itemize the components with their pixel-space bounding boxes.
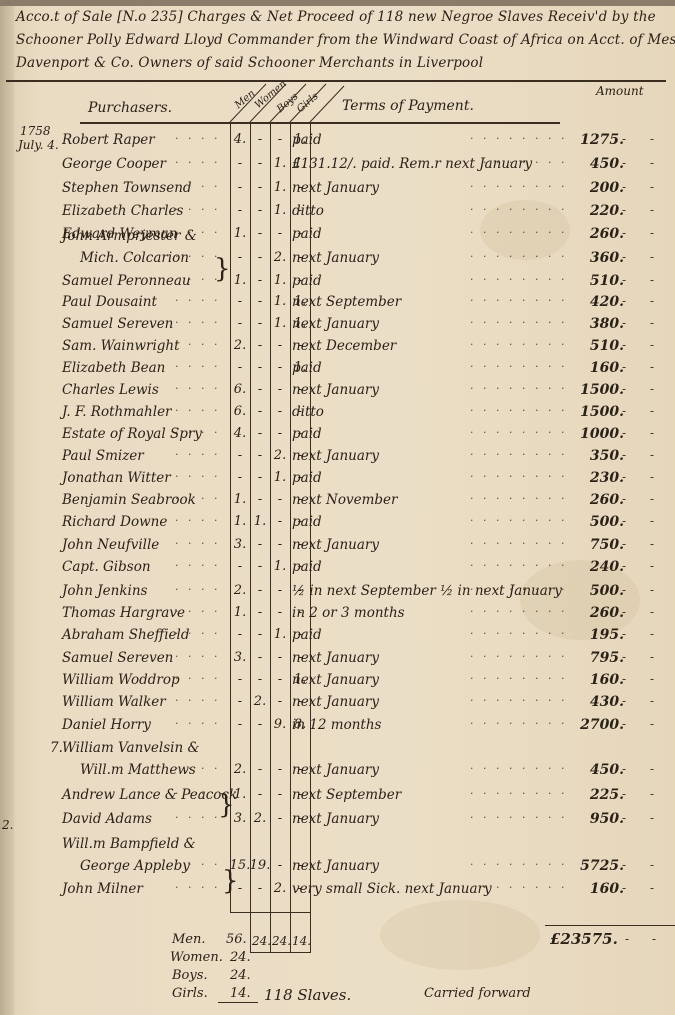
summary-boys-value: 24. [230, 968, 251, 983]
payment-terms: paid [292, 426, 322, 442]
purchaser-name: Abraham Sheffield [62, 627, 190, 643]
leader-dots: · · · · · · · · · · [470, 404, 570, 417]
purchaser-name: Elizabeth Bean [62, 360, 165, 376]
payment-terms: next January [292, 811, 379, 827]
leader-dots: · · · · · · · · · · [470, 514, 570, 527]
leader-dots: · · · · · · · · · · [470, 273, 570, 286]
payment-terms: ditto [292, 404, 324, 420]
table-row: Stephen Townsend· · · · · ·--1.-next Jan… [0, 180, 675, 202]
leader-dots: · · · · · · · · · · [470, 881, 570, 894]
amount-shillings: - [622, 338, 626, 352]
leader-dots: · · · · · · [175, 294, 225, 307]
amount-pounds: 450. [570, 156, 624, 172]
payment-terms: paid [292, 132, 322, 148]
amount-shillings: - [622, 156, 626, 170]
payment-terms: next January [292, 180, 379, 196]
amount-pence: - [650, 559, 654, 573]
leader-dots: · · · · · · · · · · [470, 650, 570, 663]
table-row: 7.William Vanvelsin &Will.m Matthews· · … [0, 762, 675, 784]
leader-dots: · · · · · · · · · · [470, 132, 570, 145]
total-slaves: 118 Slaves. [264, 986, 351, 1004]
payment-terms: paid [292, 226, 322, 242]
purchaser-name: Daniel Horry [62, 717, 151, 733]
leader-dots: · · · · · · · · · · [470, 180, 570, 193]
purchaser-name: William Walker [62, 694, 166, 710]
amount-pounds: 360. [570, 250, 624, 266]
amount-pounds: 510. [570, 338, 624, 354]
amount-pence: - [650, 694, 654, 708]
header-line-3: Davenport & Co. Owners of said Schooner … [16, 52, 666, 75]
amount-shillings: - [622, 858, 626, 872]
leader-dots: · · · · · · [175, 492, 225, 505]
amount-pence: - [650, 605, 654, 619]
purchaser-name: Stephen Townsend [62, 180, 192, 196]
margin-note: 2. [2, 818, 13, 832]
leader-dots: · · · · · · · · · · [470, 537, 570, 550]
table-row: Sam. Wainwright· · · · · ·2.---next Dece… [0, 338, 675, 360]
amount-shillings: - [622, 426, 626, 440]
amount-pounds: 420. [570, 294, 624, 310]
leader-dots: · · · · · · [175, 881, 225, 894]
payment-terms: ditto [292, 203, 324, 219]
table-row: David Adams· · · · · ·3.2.--next January… [0, 811, 675, 833]
amount-pence: - [650, 627, 654, 641]
leader-dots: · · · · · · · · · · [470, 627, 570, 640]
leader-dots: · · · · · · [175, 404, 225, 417]
amount-pence: - [650, 448, 654, 462]
leader-dots: · · · · · · · · · · [470, 294, 570, 307]
purchaser-name: Samuel Sereven [62, 650, 173, 666]
purchaser-name: David Adams [62, 811, 152, 827]
table-row: Jonathan Witter· · · · · ·--1.-paid· · ·… [0, 470, 675, 492]
payment-terms: next January [292, 316, 379, 332]
column-heading-rule [80, 122, 560, 124]
leader-dots: · · · · · · · · · · [470, 694, 570, 707]
amount-shillings: - [622, 583, 626, 597]
leader-dots: · · · · · · · · · · [470, 448, 570, 461]
payment-terms: paid [292, 273, 322, 289]
table-row: William Walker· · · · · ·-2.--next Janua… [0, 694, 675, 716]
purchaser-name: Richard Downe [62, 514, 167, 530]
table-row: Thomas Hargrave· · · · · ·1.---in 2 or 3… [0, 605, 675, 627]
purchaser-name: Paul Smizer [62, 448, 144, 464]
leader-dots: · · · · · · · · · · [470, 672, 570, 685]
amount-pounds: 160. [570, 360, 624, 376]
amount-pence: - [650, 180, 654, 194]
purchaser-name: John Neufville [62, 537, 159, 553]
payment-terms: next January [292, 448, 379, 464]
amount-pounds: 500. [570, 514, 624, 530]
leader-dots: · · · · · · [175, 537, 225, 550]
leader-dots: · · · · · · [175, 514, 225, 527]
amount-pence: - [650, 250, 654, 264]
amount-shillings: - [622, 537, 626, 551]
leader-dots: · · · · · · [175, 180, 225, 193]
leader-dots: · · · · · · · · · · [470, 605, 570, 618]
summary-men-label: Men. [172, 932, 206, 947]
payment-terms: next January [292, 250, 379, 266]
table-row: John Neufville· · · · · ·3.---next Janua… [0, 537, 675, 559]
summary-women-label: Women. [170, 950, 223, 965]
leader-dots: · · · · · · [175, 717, 225, 730]
terms-heading: Terms of Payment. [342, 98, 474, 114]
payment-terms: paid [292, 470, 322, 486]
amount-shillings: - [622, 514, 626, 528]
table-row: Paul Dousaint· · · · · ·--1.1.next Septe… [0, 294, 675, 316]
amount-pence: - [650, 762, 654, 776]
table-row: Charles Lewis· · · · · ·6.---next Januar… [0, 382, 675, 404]
brace-icon: } [214, 254, 231, 284]
table-row: Capt. Gibson· · · · · ·--1.-paid· · · · … [0, 559, 675, 581]
leader-dots: · · · · · · · · · · [470, 583, 570, 596]
leader-dots: · · · · · · · · · · [470, 858, 570, 871]
amount-pounds: 200. [570, 180, 624, 196]
grand-total-pence: - [652, 932, 656, 946]
payment-terms: next January [292, 762, 379, 778]
amount-pence: - [650, 426, 654, 440]
purchaser-name: Paul Dousaint [62, 294, 157, 310]
amount-pounds: 1000. [570, 426, 624, 442]
amount-shillings: - [622, 273, 626, 287]
table-row: Benjamin Seabrook· · · · · ·1.---next No… [0, 492, 675, 514]
amount-shillings: - [622, 672, 626, 686]
purchaser-name: Charles Lewis [62, 382, 159, 398]
purchaser-name: J. F. Rothmahler [62, 404, 172, 420]
amount-shillings: - [622, 717, 626, 731]
amount-pence: - [650, 650, 654, 664]
table-row: Elizabeth Bean· · · · · ·---1.paid· · · … [0, 360, 675, 382]
purchasers-heading: Purchasers. [88, 100, 172, 116]
table-row: Abraham Sheffield· · · · · ·--1.-paid· ·… [0, 627, 675, 649]
amount-shillings: - [622, 404, 626, 418]
payment-terms: next December [292, 338, 396, 354]
table-row: John Armpriester &Mich. Colcarion· · · ·… [0, 250, 675, 272]
leader-dots: · · · · · · · · · · [470, 250, 570, 263]
amount-pounds: 350. [570, 448, 624, 464]
totals-box-right [310, 912, 311, 952]
purchaser-name: Samuel Peronneau [62, 273, 191, 289]
leader-dots: · · · · · · [175, 650, 225, 663]
amount-shillings: - [622, 881, 626, 895]
purchaser-name: George Cooper [62, 156, 166, 172]
leader-dots: · · · · · · [175, 132, 225, 145]
table-row: George Cooper· · · · · ·--1.1.£131.12/. … [0, 156, 675, 178]
payment-terms: paid [292, 627, 322, 643]
purchaser-name: John Jenkins [62, 583, 147, 599]
amount-pounds: 260. [570, 492, 624, 508]
amount-shillings: - [622, 448, 626, 462]
amount-shillings: - [622, 650, 626, 664]
amount-shillings: - [622, 226, 626, 240]
leader-dots: · · · · · · [175, 672, 225, 685]
leader-dots: · · · · · · [175, 858, 225, 871]
table-row: Richard Downe· · · · · ·1.1.--paid· · · … [0, 514, 675, 536]
purchaser-name: William Woddrop [62, 672, 180, 688]
summary-rule [218, 1002, 258, 1003]
purchaser-name: Samuel Sereven [62, 316, 173, 332]
totals-box-bottom [250, 952, 311, 953]
purchaser-name: Thomas Hargrave [62, 605, 185, 621]
amount-shillings: - [622, 294, 626, 308]
purchaser-name: Robert Raper [62, 132, 155, 148]
payment-terms: next January [292, 858, 379, 874]
leader-dots: · · · · · · [175, 338, 225, 351]
amount-shillings: - [622, 250, 626, 264]
amount-pounds: 795. [570, 650, 624, 666]
brace-icon: } [218, 790, 235, 820]
table-row: John Milner· · · · · ·--2.-very small Si… [0, 881, 675, 903]
table-row: Will.m Bampfield &George Appleby· · · · … [0, 858, 675, 880]
purchaser-name: Jonathan Witter [62, 470, 171, 486]
table-row: Samuel Sereven· · · · · ·--1.1.next Janu… [0, 316, 675, 338]
amount-pounds: 260. [570, 605, 624, 621]
purchaser-name-line2: George Appleby [80, 858, 190, 874]
purchaser-name: Sam. Wainwright [62, 338, 180, 354]
leader-dots: · · · · · · · · · · [470, 717, 570, 730]
leader-dots: · · · · · · · · · · [470, 338, 570, 351]
payment-terms: next January [292, 382, 379, 398]
amount-pounds: 500. [570, 583, 624, 599]
amount-pounds: 195. [570, 627, 624, 643]
leader-dots: · · · · · · [175, 627, 225, 640]
leader-dots: · · · · · · · · · · [470, 492, 570, 505]
leader-dots: · · · · · · · · · · [470, 156, 570, 169]
leader-dots: · · · · · · [175, 448, 225, 461]
amount-pounds: 160. [570, 881, 624, 897]
amount-pounds: 450. [570, 762, 624, 778]
amount-pounds: 2700. [570, 717, 624, 733]
payment-terms: paid [292, 559, 322, 575]
table-row: Paul Smizer· · · · · ·--2.-next January·… [0, 448, 675, 470]
amount-shillings: - [622, 180, 626, 194]
leader-dots: · · · · · · [175, 762, 225, 775]
amount-pounds: 225. [570, 787, 624, 803]
header-line-2: Schooner Polly Edward Lloyd Commander fr… [16, 29, 666, 52]
amount-shillings: - [622, 492, 626, 506]
table-row: Elizabeth Charles· · · · · ·--1.-ditto· … [0, 203, 675, 225]
leader-dots: · · · · · · · · · · [470, 787, 570, 800]
payment-terms: next January [292, 537, 379, 553]
amount-pence: - [650, 811, 654, 825]
purchaser-name: Will.m Bampfield & [62, 836, 196, 852]
leader-dots: · · · · · · · · · · [470, 811, 570, 824]
leader-dots: · · · · · · [175, 382, 225, 395]
women-total: 24. [252, 934, 270, 948]
leader-dots: · · · · · · · · · · [470, 203, 570, 216]
leader-dots: · · · · · · [175, 203, 225, 216]
payment-terms: next January [292, 672, 379, 688]
grand-total-amount: £23575. [550, 930, 618, 948]
payment-terms: next January [292, 694, 379, 710]
summary-girls-value: 14. [230, 986, 251, 1001]
amount-pence: - [650, 316, 654, 330]
table-row: Daniel Horry· · · · · ·--9.8.in 12 month… [0, 717, 675, 739]
amount-shillings: - [622, 360, 626, 374]
amount-pounds: 380. [570, 316, 624, 332]
amount-pounds: 750. [570, 537, 624, 553]
amount-pence: - [650, 226, 654, 240]
purchaser-name-line2: Mich. Colcarion [80, 250, 189, 266]
amount-pounds: 950. [570, 811, 624, 827]
leader-dots: · · · · · · · · · · [470, 559, 570, 572]
payment-terms: next November [292, 492, 397, 508]
payment-terms: next September [292, 787, 401, 803]
leader-dots: · · · · · · · · · · [470, 360, 570, 373]
brace-icon: } [222, 866, 239, 896]
leader-dots: · · · · · · [175, 156, 225, 169]
purchaser-name: John Milner [62, 881, 143, 897]
amount-pence: - [650, 273, 654, 287]
amount-shillings: - [622, 203, 626, 217]
amount-pence: - [650, 156, 654, 170]
leader-dots: · · · · · · · · · · [470, 226, 570, 239]
amount-pounds: 5725. [570, 858, 624, 874]
payment-terms: in 12 months [292, 717, 381, 733]
table-row: Andrew Lance & Peacock· · · · · ·1.---ne… [0, 787, 675, 809]
purchaser-name: William Vanvelsin & [62, 740, 200, 756]
amount-pounds: 430. [570, 694, 624, 710]
amount-shillings: - [622, 470, 626, 484]
amount-pence: - [650, 858, 654, 872]
amount-pence: - [650, 717, 654, 731]
amount-pence: - [650, 787, 654, 801]
amount-shillings: - [622, 382, 626, 396]
purchaser-name: John Armpriester & [62, 228, 197, 244]
amount-shillings: - [622, 627, 626, 641]
amount-pounds: 510. [570, 273, 624, 289]
payment-terms: very small Sick. next January [292, 881, 492, 897]
amount-pence: - [650, 203, 654, 217]
ledger-page: Acco.t of Sale [N.o 235] Charges & Net P… [0, 0, 675, 1015]
header-line-1: Acco.t of Sale [N.o 235] Charges & Net P… [16, 6, 666, 29]
leader-dots: · · · · · · [175, 426, 225, 439]
paper-stain [380, 900, 540, 970]
diagonal-header-lines [226, 82, 346, 124]
amount-pence: - [650, 294, 654, 308]
amount-shillings: - [622, 605, 626, 619]
amount-pence: - [650, 583, 654, 597]
grand-total-shillings: - [625, 932, 629, 946]
count-bottom-rule [230, 912, 311, 913]
amount-pence: - [650, 492, 654, 506]
table-row: William Woddrop· · · · · ·---1.next Janu… [0, 672, 675, 694]
payment-terms: paid [292, 360, 322, 376]
amount-pence: - [650, 404, 654, 418]
amount-shillings: - [622, 811, 626, 825]
summary-boys-label: Boys. [172, 968, 208, 983]
amount-pence: - [650, 881, 654, 895]
payment-terms: next January [292, 650, 379, 666]
ledger-header: Acco.t of Sale [N.o 235] Charges & Net P… [16, 6, 666, 75]
amount-pounds: 230. [570, 470, 624, 486]
leader-dots: · · · · · · · · · · [470, 762, 570, 775]
leader-dots: · · · · · · · · · · [470, 470, 570, 483]
boys-total: 24. [272, 934, 290, 948]
amount-pounds: 160. [570, 672, 624, 688]
amount-pounds: 220. [570, 203, 624, 219]
table-row: Estate of Royal Spry· · · · · ·4.---paid… [0, 426, 675, 448]
table-row: Samuel Peronneau· · · · · ·1.-1.-paid· ·… [0, 273, 675, 295]
amount-pounds: 1500. [570, 382, 624, 398]
leader-dots: · · · · · · · · · · [470, 382, 570, 395]
amount-heading: Amount [596, 84, 644, 98]
purchaser-name: Elizabeth Charles [62, 203, 183, 219]
amount-shillings: - [622, 762, 626, 776]
summary-women-value: 24. [230, 950, 251, 965]
girls-total: 14. [292, 934, 310, 948]
summary-girls-label: Girls. [172, 986, 208, 1001]
table-row: Samuel Sereven· · · · · ·3.---next Janua… [0, 650, 675, 672]
amount-pounds: 240. [570, 559, 624, 575]
amount-pounds: 1275. [570, 132, 624, 148]
leader-dots: · · · · · · [175, 470, 225, 483]
amount-pence: - [650, 537, 654, 551]
purchaser-name: Capt. Gibson [62, 559, 151, 575]
amount-shillings: - [622, 694, 626, 708]
leader-dots: · · · · · · [175, 583, 225, 596]
amount-shillings: - [622, 132, 626, 146]
amount-pence: - [650, 132, 654, 146]
leader-dots: · · · · · · · · · · [470, 316, 570, 329]
leader-dots: · · · · · · [175, 694, 225, 707]
leader-dots: · · · · · · [175, 360, 225, 373]
amount-pence: - [650, 672, 654, 686]
payment-terms: in 2 or 3 months [292, 605, 405, 621]
amount-pounds: 1500. [570, 404, 624, 420]
amount-shillings: - [622, 787, 626, 801]
amount-pence: - [650, 514, 654, 528]
amount-pence: - [650, 338, 654, 352]
leader-dots: · · · · · · [175, 605, 225, 618]
carried-forward: Carried forward [424, 986, 531, 1001]
summary-men-value: 56. [226, 932, 247, 947]
leader-dots: · · · · · · [175, 559, 225, 572]
leader-dots: · · · · · · [175, 316, 225, 329]
payment-terms: paid [292, 514, 322, 530]
amount-shillings: - [622, 316, 626, 330]
grand-total-rule [545, 925, 675, 926]
amount-shillings: - [622, 559, 626, 573]
amount-pounds: 260. [570, 226, 624, 242]
amount-pence: - [650, 382, 654, 396]
table-row: John Jenkins· · · · · ·2.---½ in next Se… [0, 583, 675, 605]
amount-pence: - [650, 360, 654, 374]
payment-terms: next September [292, 294, 401, 310]
leader-dots: · · · · · · · · · · [470, 426, 570, 439]
table-row: Robert Raper· · · · · ·4.--1.paid· · · ·… [0, 132, 675, 154]
amount-pence: - [650, 470, 654, 484]
table-row: J. F. Rothmahler· · · · · ·6.---ditto· ·… [0, 404, 675, 426]
entry-date: 7. [50, 740, 63, 756]
